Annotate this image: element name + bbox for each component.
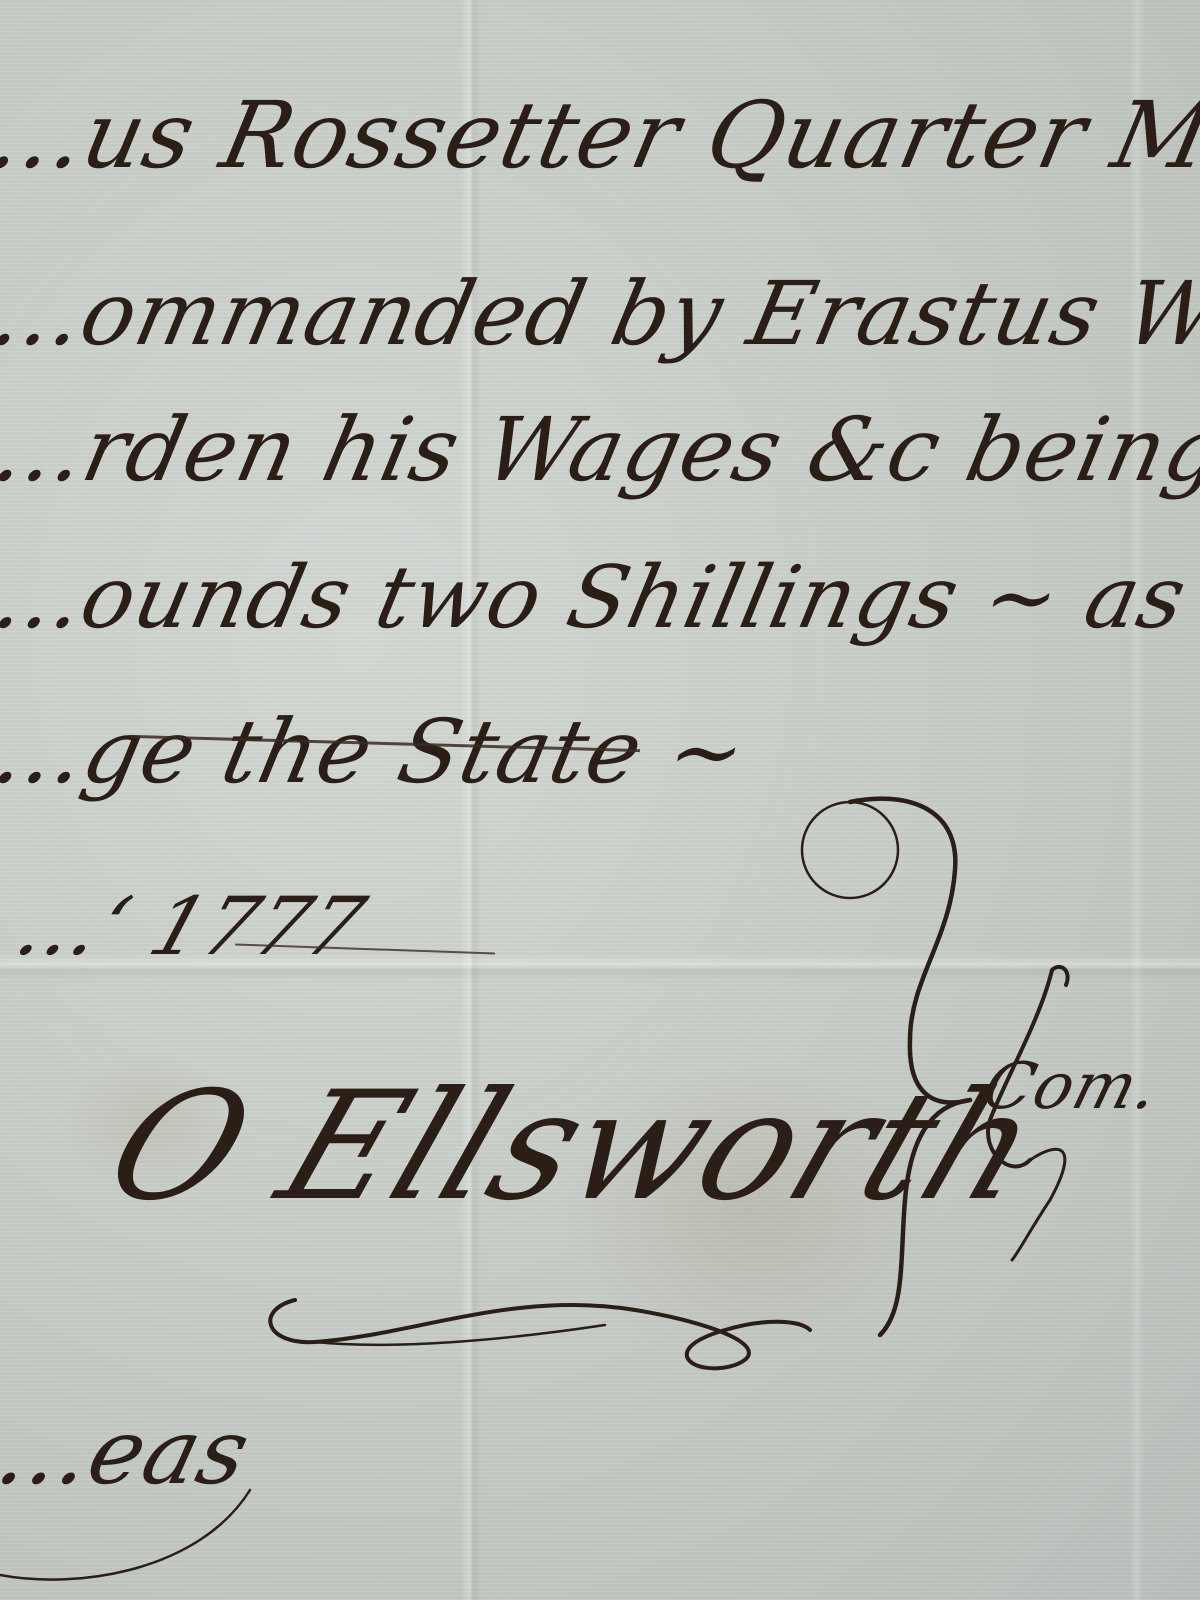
- date-line: …‘ 1777: [5, 880, 377, 973]
- manuscript-line-4: …ounds two Shillings ~ as: [0, 548, 1195, 648]
- signature-underline-flourish-icon: [255, 1270, 815, 1390]
- bottom-arc-flourish-icon: [0, 1480, 300, 1600]
- manuscript-line-5: …ge the State ~: [0, 700, 756, 803]
- manuscript-line-3: …rden his Wages &c being: [0, 398, 1200, 501]
- right-fold-crease: [1130, 0, 1144, 1600]
- title-abbreviation: Com.: [975, 1050, 1167, 1124]
- manuscript-line-2: …ommanded by Erastus Wol…: [0, 262, 1200, 365]
- manuscript-line-1: …us Rossetter Quarter Master: [0, 82, 1200, 189]
